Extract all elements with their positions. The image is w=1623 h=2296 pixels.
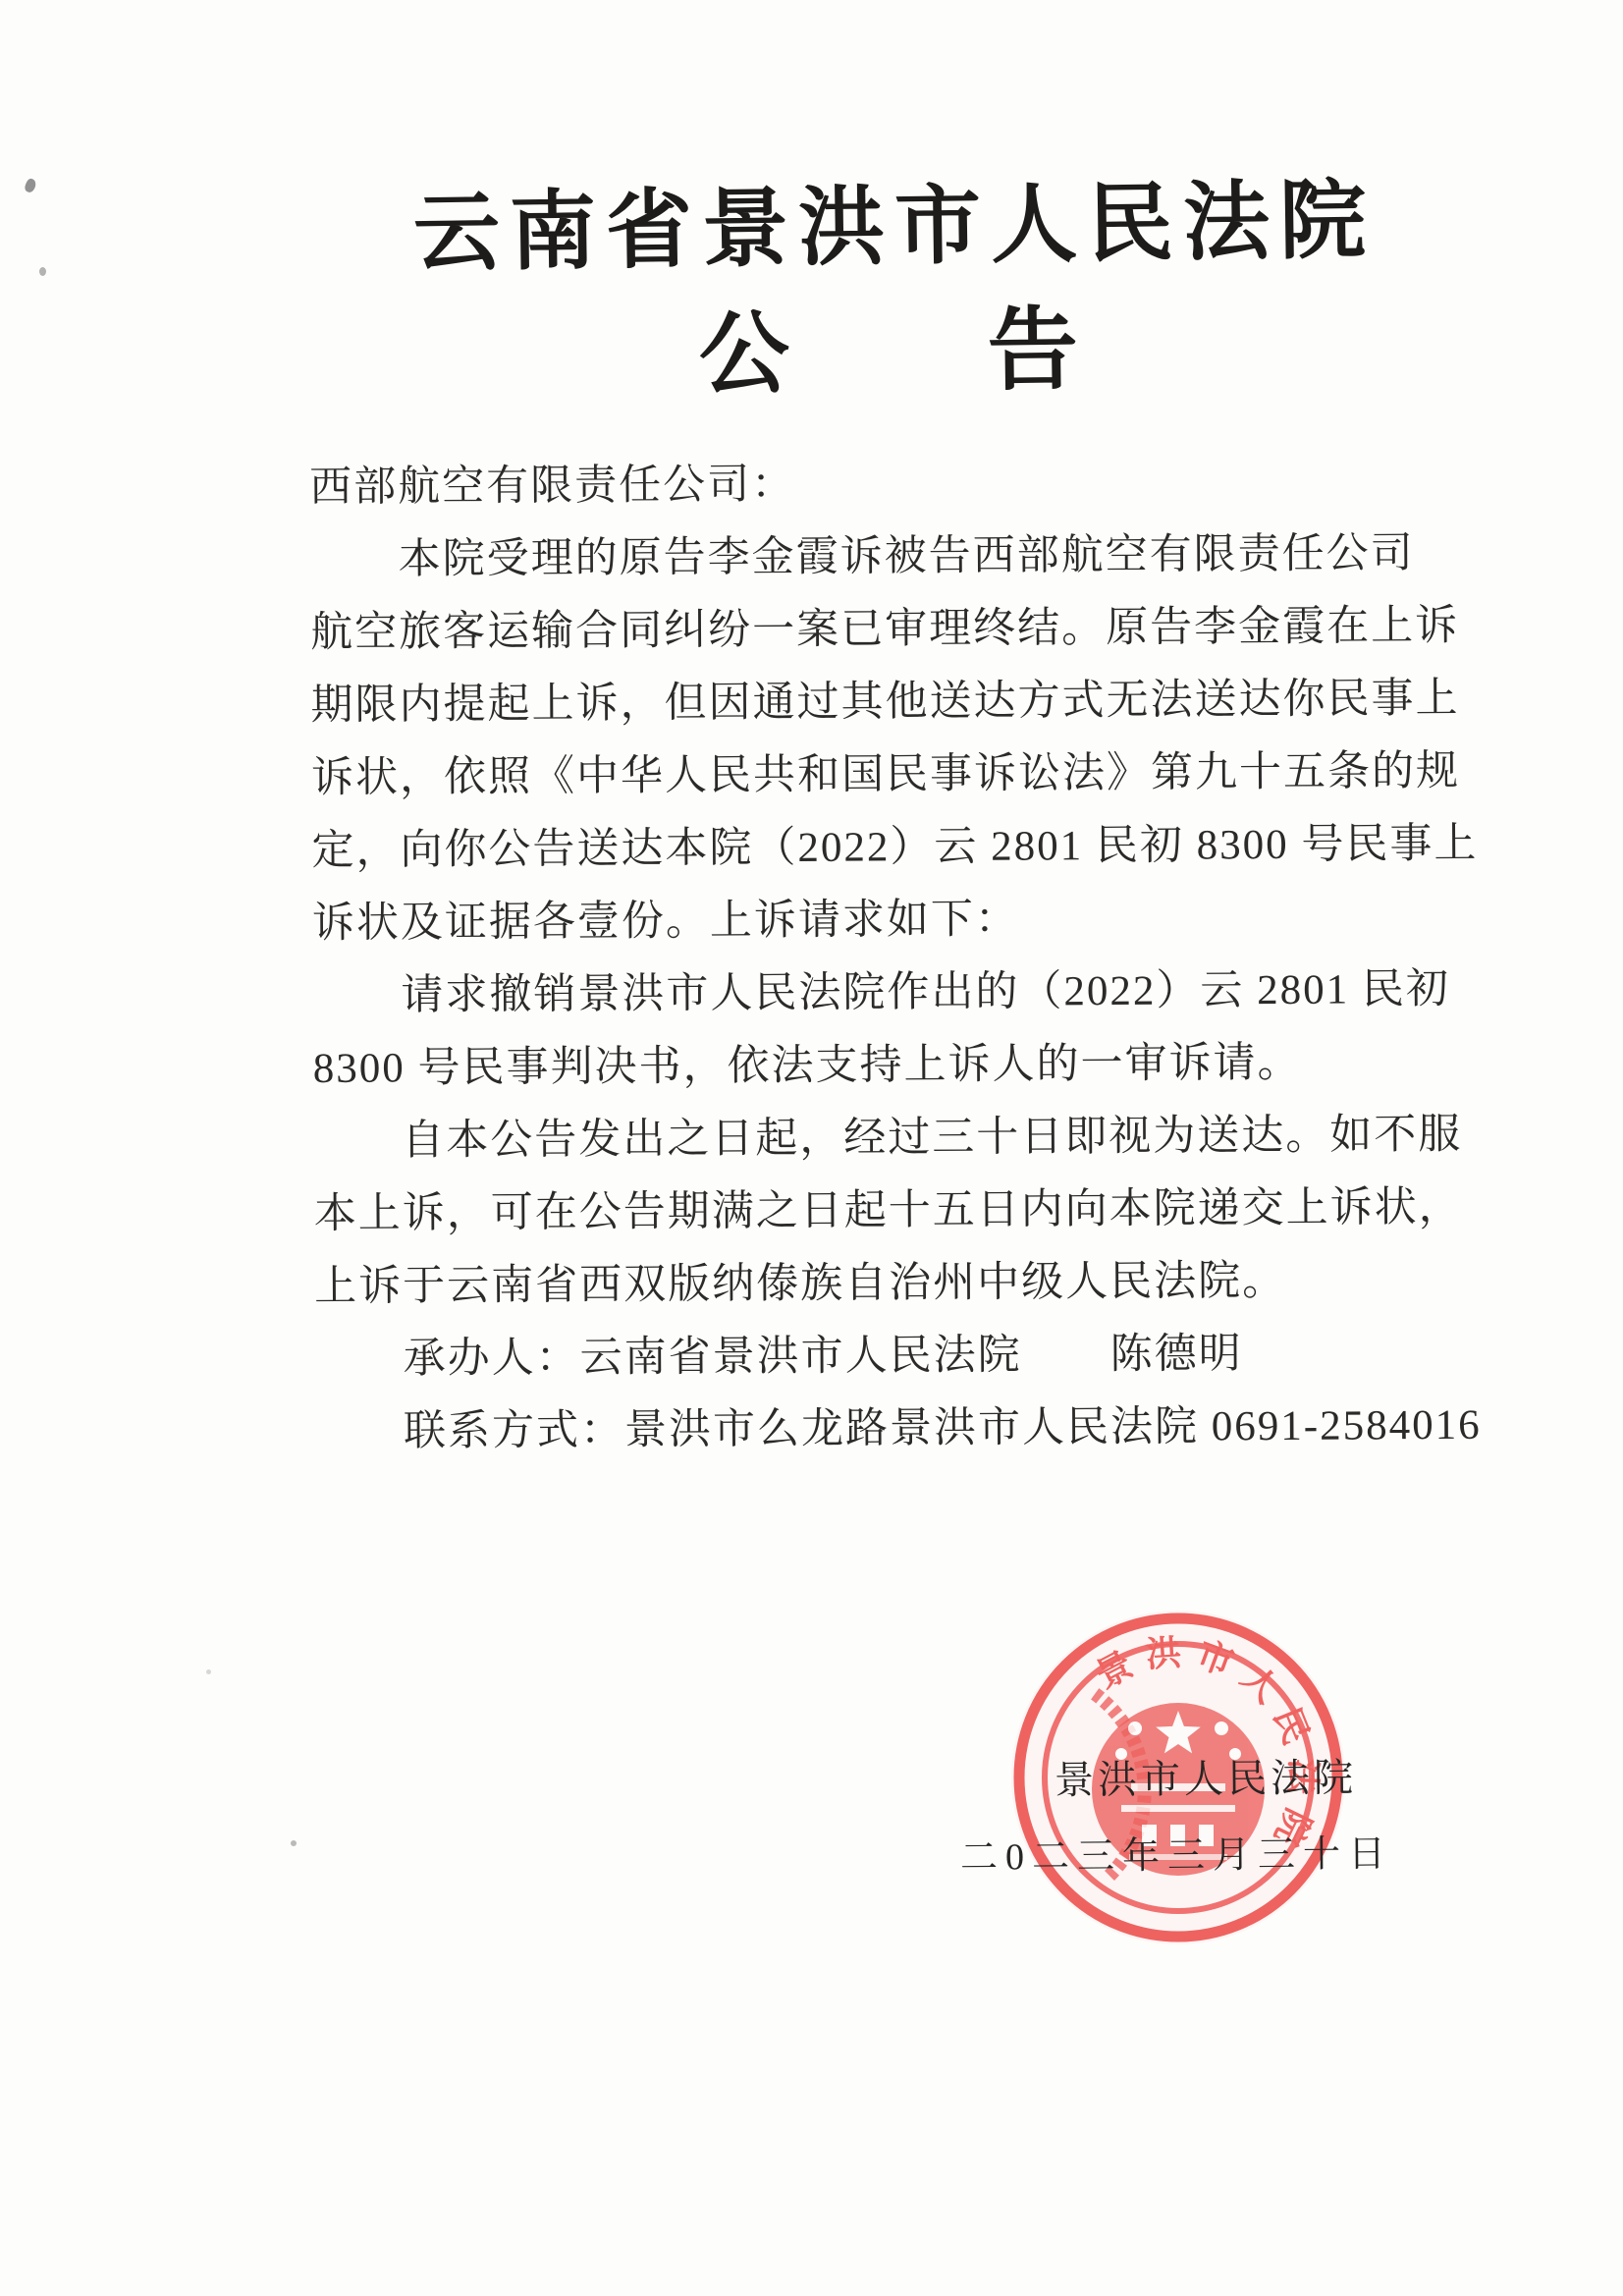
announcement-title: 公 告	[414, 297, 1368, 410]
body-line: 航空旅客运输合同纠纷一案已审理终结。原告李金霞在上诉	[310, 590, 1449, 670]
contact-line: 联系方式：景洪市么龙路景洪市人民法院 0691-2584016	[315, 1390, 1454, 1469]
body-line: 定，向你公告送达本院（2022）云 2801 民初 8300 号民事上	[311, 808, 1450, 888]
body-line: 诉状，依照《中华人民共和国民事诉讼法》第九十五条的规	[311, 736, 1450, 815]
emblem-gate-roof-gap	[1121, 1805, 1235, 1812]
court-name-title: 云南省景洪市人民法院	[412, 172, 1366, 285]
emblem-small-star	[1128, 1722, 1142, 1735]
body-line: 自本公告发出之日起，经过三十日即视为送达。如不服	[313, 1099, 1452, 1178]
signature-date: 二0二三年三月三十日	[960, 1823, 1393, 1881]
scan-artifact	[24, 178, 38, 194]
body-line: 请求撤销景洪市人民法院作出的（2022）云 2801 民初	[312, 954, 1451, 1033]
scan-artifact	[39, 267, 46, 276]
salutation-line: 西部航空有限责任公司：	[309, 445, 1448, 524]
announcement-body: 西部航空有限责任公司： 本院受理的原告李金霞诉被告西部航空有限责任公司 航空旅客…	[309, 445, 1454, 1469]
handler-line: 承办人：云南省景洪市人民法院 陈德明	[314, 1317, 1453, 1396]
signature-court-name: 景洪市人民法院	[1055, 1747, 1357, 1806]
body-line: 本上诉，可在公告期满之日起十五日内向本院递交上诉状，	[314, 1172, 1453, 1251]
body-line: 期限内提起上诉，但因通过其他送达方式无法送达你民事上	[310, 663, 1449, 742]
scanned-court-announcement: 云南省景洪市人民法院 公 告 西部航空有限责任公司： 本院受理的原告李金霞诉被告…	[0, 0, 1623, 2296]
document-header: 云南省景洪市人民法院 公 告	[412, 172, 1368, 410]
body-line: 本院受理的原告李金霞诉被告西部航空有限责任公司	[309, 518, 1448, 597]
scan-artifact	[206, 1669, 211, 1674]
body-line: 上诉于云南省西双版纳傣族自治州中级人民法院。	[314, 1244, 1453, 1324]
body-line: 诉状及证据各壹份。上诉请求如下：	[312, 881, 1451, 960]
scan-artifact	[291, 1840, 297, 1846]
emblem-small-star	[1215, 1722, 1228, 1735]
body-line: 8300 号民事判决书，依法支持上诉人的一审诉请。	[313, 1026, 1452, 1106]
